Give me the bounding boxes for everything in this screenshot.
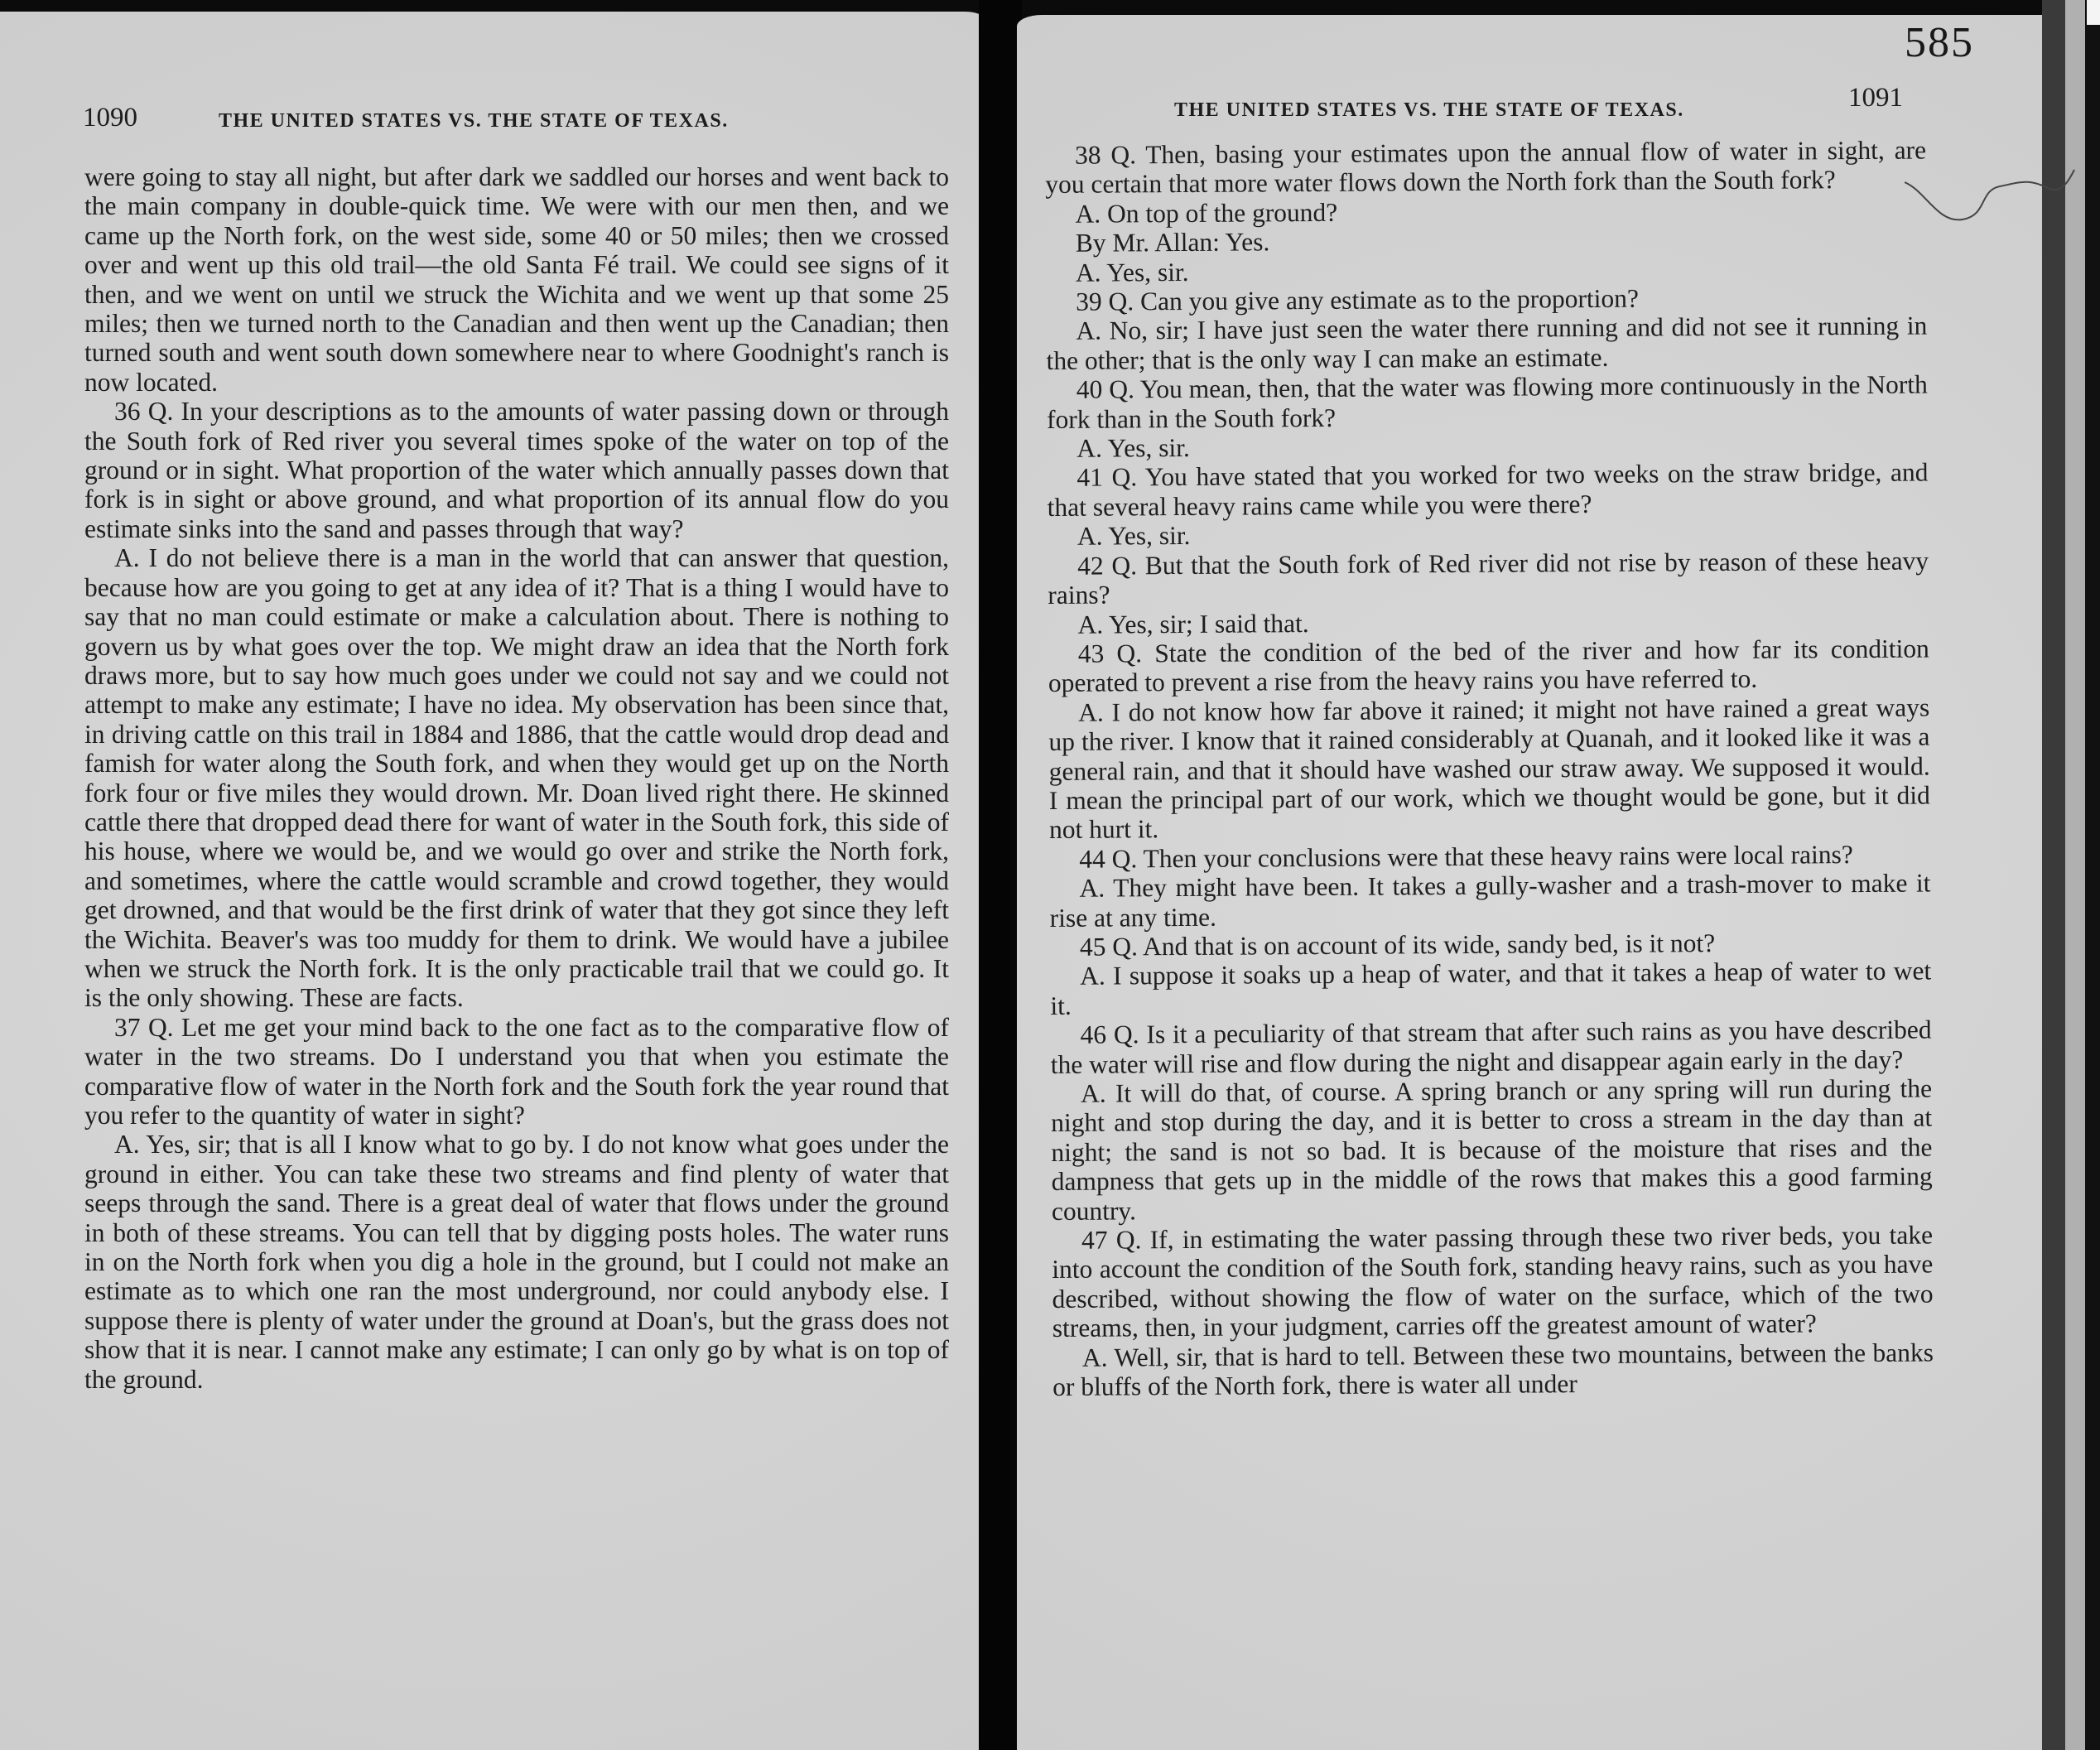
scan-right-border bbox=[2085, 25, 2100, 1750]
handwritten-squiggle-mark bbox=[1905, 157, 2078, 232]
answer-37: A. Yes, sir; that is all I know what to … bbox=[84, 1130, 949, 1394]
question-37: 37 Q. Let me get your mind back to the o… bbox=[84, 1013, 949, 1131]
question-43: 43 Q. State the condition of the bed of … bbox=[1048, 634, 1929, 697]
question-36: 36 Q. In your descriptions as to the amo… bbox=[84, 397, 949, 543]
question-47: 47 Q. If, in estimating the water passin… bbox=[1052, 1221, 1934, 1343]
question-40: 40 Q. You mean, then, that the water was… bbox=[1047, 370, 1928, 434]
question-46: 46 Q. Is it a peculiarity of that stream… bbox=[1050, 1015, 1931, 1079]
question-42: 42 Q. But that the South fork of Red riv… bbox=[1048, 546, 1929, 610]
page-edge-stack bbox=[2065, 0, 2085, 1750]
answer: A. I do not know how far above it rained… bbox=[1048, 692, 1930, 845]
left-page-body: were going to stay all night, but after … bbox=[84, 162, 949, 1394]
question-38: 38 Q. Then, basing your estimates upon t… bbox=[1045, 136, 1926, 200]
answer: A. No, sir; I have just seen the water t… bbox=[1046, 311, 1927, 375]
answer: A. It will do that, of course. A spring … bbox=[1051, 1073, 1933, 1226]
answer: A. I suppose it soaks up a heap of water… bbox=[1050, 957, 1931, 1020]
left-page-number: 1090 bbox=[83, 103, 137, 133]
right-running-head: THE UNITED STATES VS. THE STATE OF TEXAS… bbox=[1174, 99, 1684, 122]
answer: A. Well, sir, that is hard to tell. Betw… bbox=[1052, 1338, 1934, 1401]
right-page-number: 1091 bbox=[1848, 83, 1903, 113]
answer-36: A. I do not believe there is a man in th… bbox=[84, 543, 949, 1013]
scan-corner bbox=[2087, 0, 2100, 25]
paragraph: were going to stay all night, but after … bbox=[84, 162, 949, 397]
right-page-body: 38 Q. Then, basing your estimates upon t… bbox=[1045, 136, 1934, 1402]
page-edge-shadow bbox=[2042, 0, 2065, 1750]
left-running-head: THE UNITED STATES VS. THE STATE OF TEXAS… bbox=[219, 110, 729, 133]
question-41: 41 Q. You have stated that you worked fo… bbox=[1047, 458, 1928, 522]
stamp-number: 585 bbox=[1905, 18, 1974, 67]
answer: A. They might have been. It takes a gull… bbox=[1049, 869, 1930, 933]
book-gutter bbox=[979, 0, 1022, 1750]
